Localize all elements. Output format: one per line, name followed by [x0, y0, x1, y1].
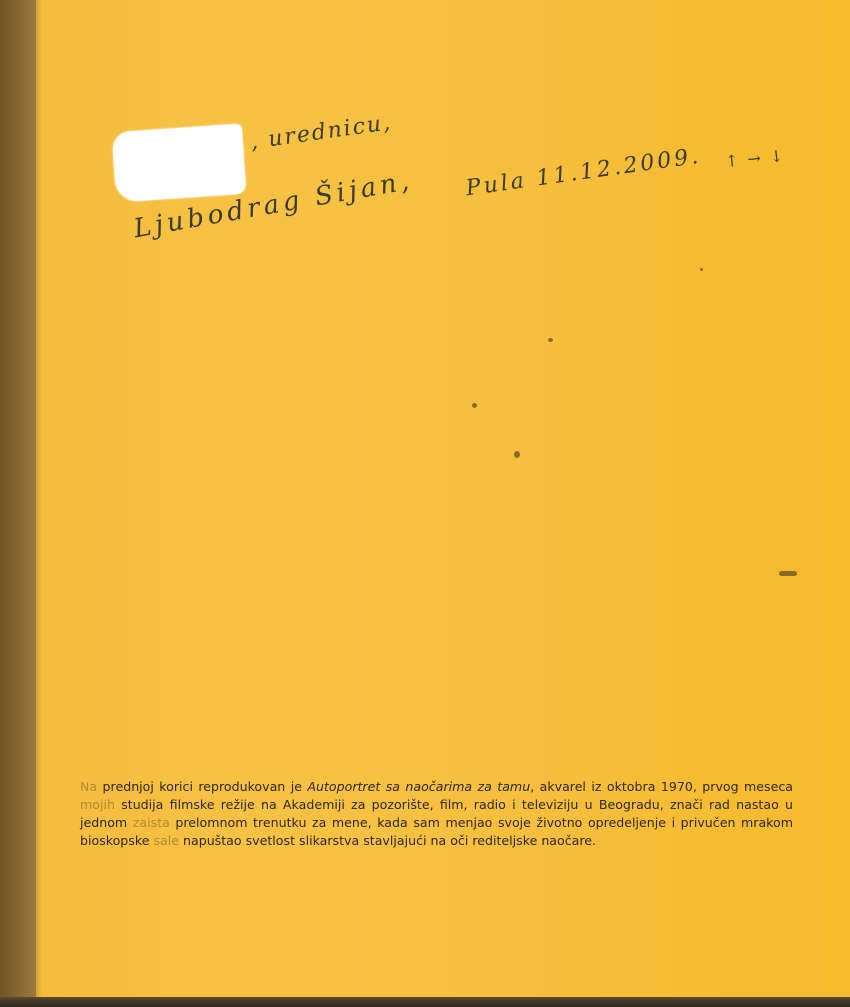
- handwritten-date: Pula 11.12.2009.: [464, 144, 702, 202]
- caption-faded-word: mojih: [80, 797, 115, 812]
- page-bottom-edge: [0, 997, 850, 1007]
- paper-speck: [548, 338, 553, 342]
- handwritten-line-1: , urednicu,: [249, 110, 394, 155]
- handwritten-arrows-icon: ↑ → ↓: [724, 149, 786, 169]
- book-page: , urednicu, Ljubodrag Šijan, Pula 11.12.…: [0, 0, 850, 1000]
- redaction-whiteout: [112, 124, 247, 203]
- caption-faded-word: zaista: [133, 815, 170, 830]
- paper-speck: [514, 451, 520, 458]
- cover-caption: Na prednjoj korici reprodukovan je Autop…: [80, 778, 793, 850]
- spine-shadow: [36, 0, 42, 1000]
- caption-faded-word: Na: [80, 779, 97, 794]
- artwork-title: Autoportret sa naočarima za tamu: [307, 779, 530, 794]
- book-spine: [0, 0, 36, 1000]
- paper-speck: [472, 403, 477, 408]
- caption-faded-word: sale: [153, 833, 179, 848]
- paper-speck: [700, 268, 703, 271]
- paper-speck: [779, 571, 797, 576]
